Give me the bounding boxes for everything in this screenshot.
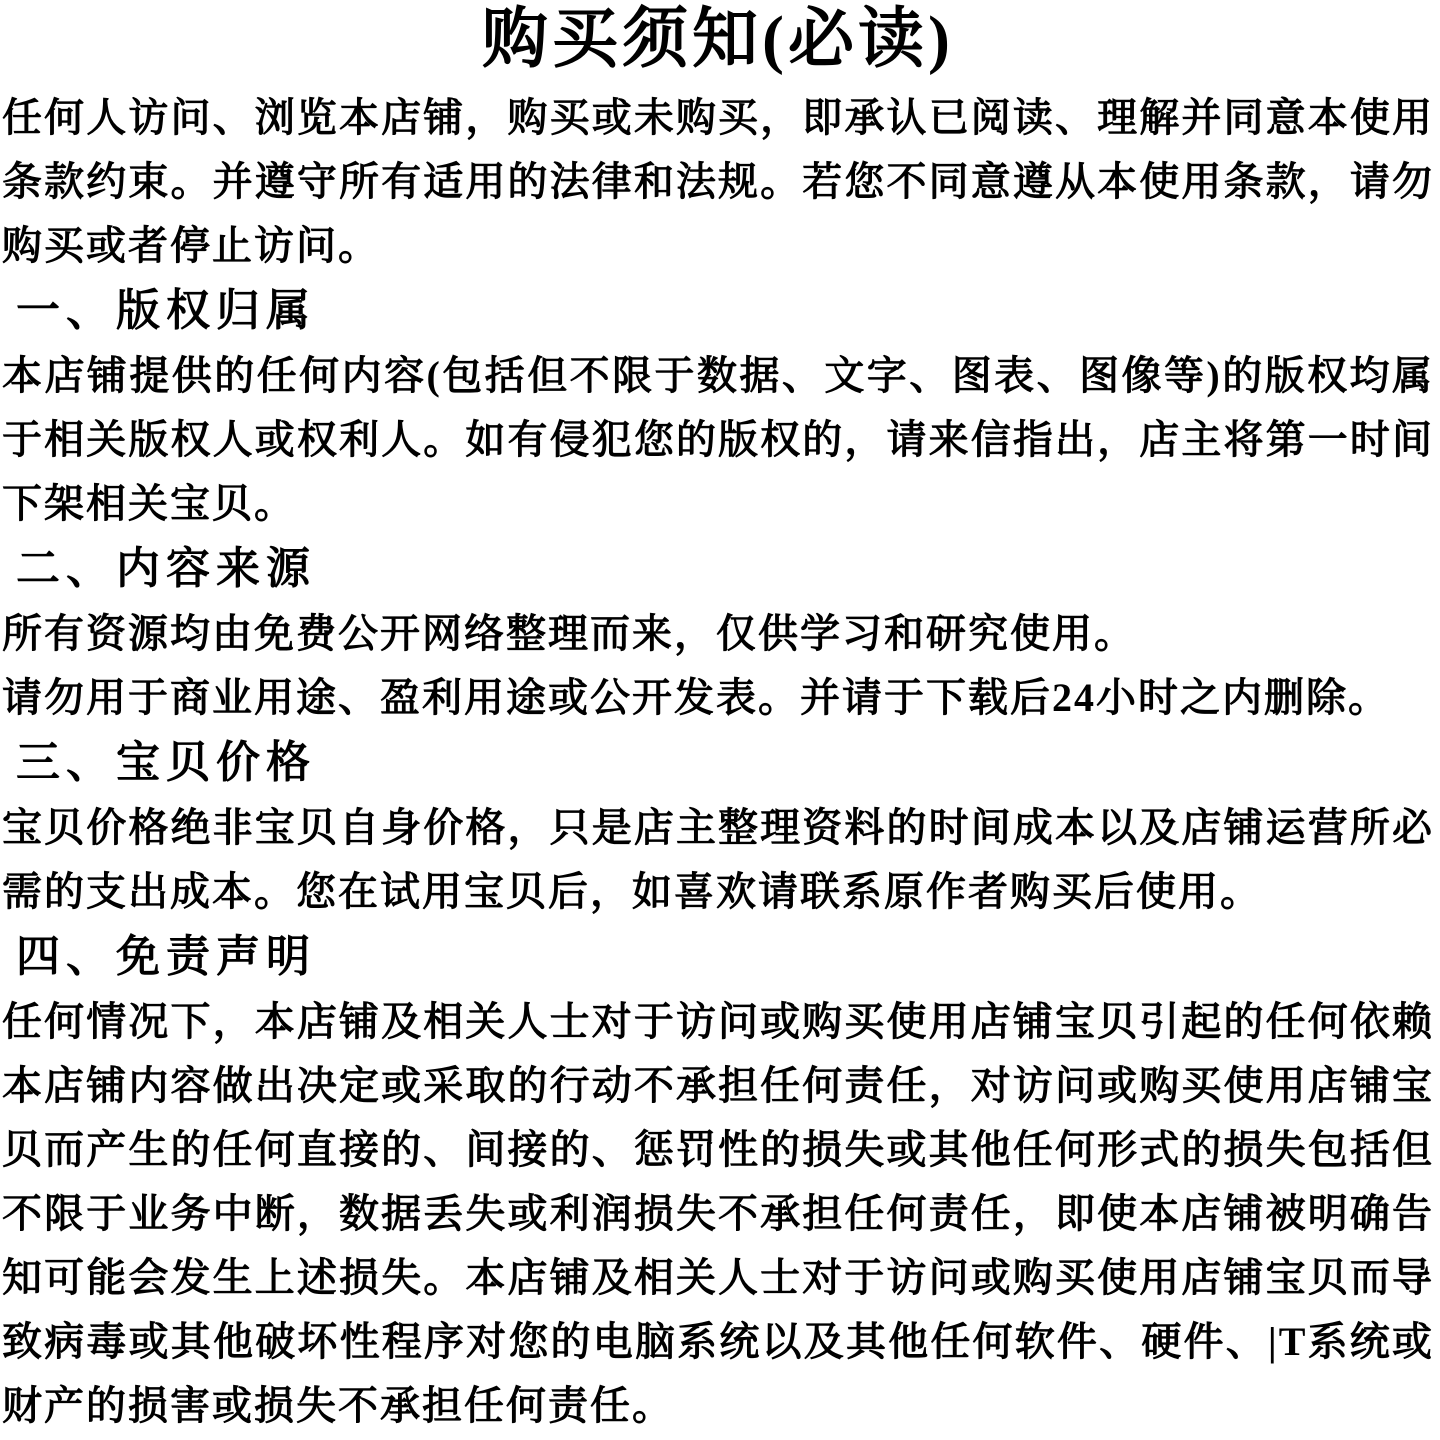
section-item-price-paragraph: 宝贝价格绝非宝贝自身价格，只是店主整理资料的时间成本以及店铺运营所必需的支出成本… <box>2 796 1434 924</box>
intro-paragraph: 任何人访问、浏览本店铺，购买或未购买，即承认已阅读、理解并同意本使用条款约束。并… <box>2 86 1434 278</box>
section-copyright-paragraph: 本店铺提供的任何内容(包括但不限于数据、文字、图表、图像等)的版权均属于相关版权… <box>2 344 1434 536</box>
section-disclaimer-paragraph: 任何情况下，本店铺及相关人士对于访问或购买使用店铺宝贝引起的任何依赖本店铺内容做… <box>2 990 1434 1438</box>
section-content-source-paragraph-1: 所有资源均由免费公开网络整理而来，仅供学习和研究使用。 <box>2 602 1434 666</box>
section-content-source-paragraph-2: 请勿用于商业用途、盈利用途或公开发表。并请于下载后24小时之内删除。 <box>2 666 1434 730</box>
section-heading-disclaimer: 四、免责声明 <box>2 924 1434 990</box>
section-heading-item-price: 三、宝贝价格 <box>2 730 1434 796</box>
section-heading-copyright: 一、版权归属 <box>2 278 1434 344</box>
purchase-notice-document: 购买须知(必读) 任何人访问、浏览本店铺，购买或未购买，即承认已阅读、理解并同意… <box>0 2 1436 1438</box>
section-heading-content-source: 二、内容来源 <box>2 536 1434 602</box>
page-title: 购买须知(必读) <box>2 2 1434 78</box>
